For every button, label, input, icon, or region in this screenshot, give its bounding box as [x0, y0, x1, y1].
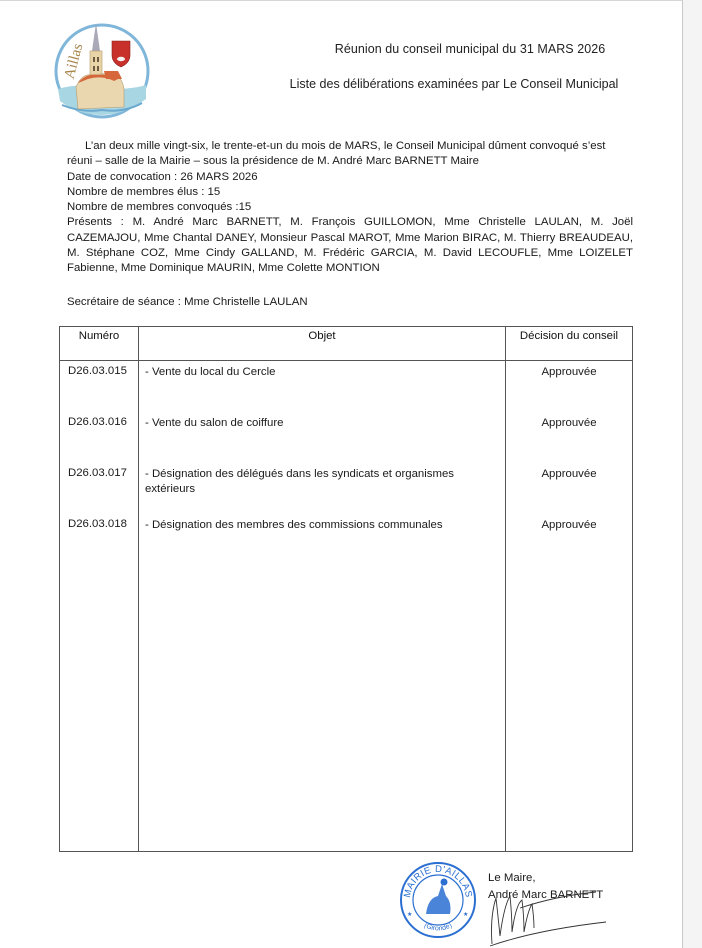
- row-decision: Approuvée: [506, 361, 633, 413]
- handwritten-signature-icon: [486, 886, 616, 948]
- row-number: D26.03.018: [60, 514, 139, 852]
- meeting-title: Réunion du conseil municipal du 31 MARS …: [300, 42, 640, 56]
- convocation-date: Date de convocation : 26 MARS 2026: [67, 170, 633, 185]
- signatory-role: Le Maire,: [488, 870, 603, 887]
- svg-text:★: ★: [407, 911, 412, 918]
- row-subject: - Vente du local du Cercle: [139, 361, 506, 413]
- table-row: D26.03.015 - Vente du local du Cercle Ap…: [60, 361, 633, 413]
- document-page: Aillas Réunion du conseil municipal du 3…: [0, 0, 683, 948]
- session-secretary: Secrétaire de séance : Mme Christelle LA…: [67, 296, 308, 308]
- row-number: D26.03.015: [60, 361, 139, 413]
- elected-members-count: Nombre de membres élus : 15: [67, 185, 633, 200]
- present-members: Présents : M. André Marc BARNETT, M. Fra…: [67, 215, 633, 276]
- viewer-background: [683, 0, 702, 948]
- row-number: D26.03.016: [60, 412, 139, 463]
- header-subject: Objet: [139, 327, 506, 361]
- row-number: D26.03.017: [60, 463, 139, 514]
- aillas-logo-icon: Aillas: [48, 17, 156, 121]
- convened-members-count: Nombre de membres convoqués :15: [67, 200, 633, 215]
- deliberations-table: Numéro Objet Décision du conseil D26.03.…: [59, 326, 633, 852]
- meeting-intro: L’an deux mille vingt-six, le trente-et-…: [67, 139, 633, 277]
- svg-text:Aillas: Aillas: [62, 42, 87, 81]
- row-decision: Approuvée: [506, 412, 633, 463]
- table-row: D26.03.016 - Vente du salon de coiffure …: [60, 412, 633, 463]
- row-decision: Approuvée: [506, 514, 633, 852]
- intro-paragraph: L’an deux mille vingt-six, le trente-et-…: [67, 139, 633, 170]
- svg-text:(Gironde): (Gironde): [423, 922, 453, 932]
- svg-text:MAIRIE D'AILLAS: MAIRIE D'AILLAS: [402, 864, 474, 899]
- row-decision: Approuvée: [506, 463, 633, 514]
- row-subject: - Désignation des délégués dans les synd…: [139, 463, 506, 514]
- svg-text:★: ★: [463, 911, 468, 918]
- town-hall-stamp-icon: MAIRIE D'AILLAS (Gironde) ★ ★: [398, 856, 478, 941]
- table-header-row: Numéro Objet Décision du conseil: [60, 327, 633, 361]
- row-subject: - Désignation des membres des commission…: [139, 514, 506, 852]
- row-subject: - Vente du salon de coiffure: [139, 412, 506, 463]
- table-row: D26.03.017 - Désignation des délégués da…: [60, 463, 633, 514]
- deliberations-subtitle: Liste des délibérations examinées par Le…: [278, 77, 630, 91]
- header-number: Numéro: [60, 327, 139, 361]
- table-row: D26.03.018 - Désignation des membres des…: [60, 514, 633, 852]
- header-decision: Décision du conseil: [506, 327, 633, 361]
